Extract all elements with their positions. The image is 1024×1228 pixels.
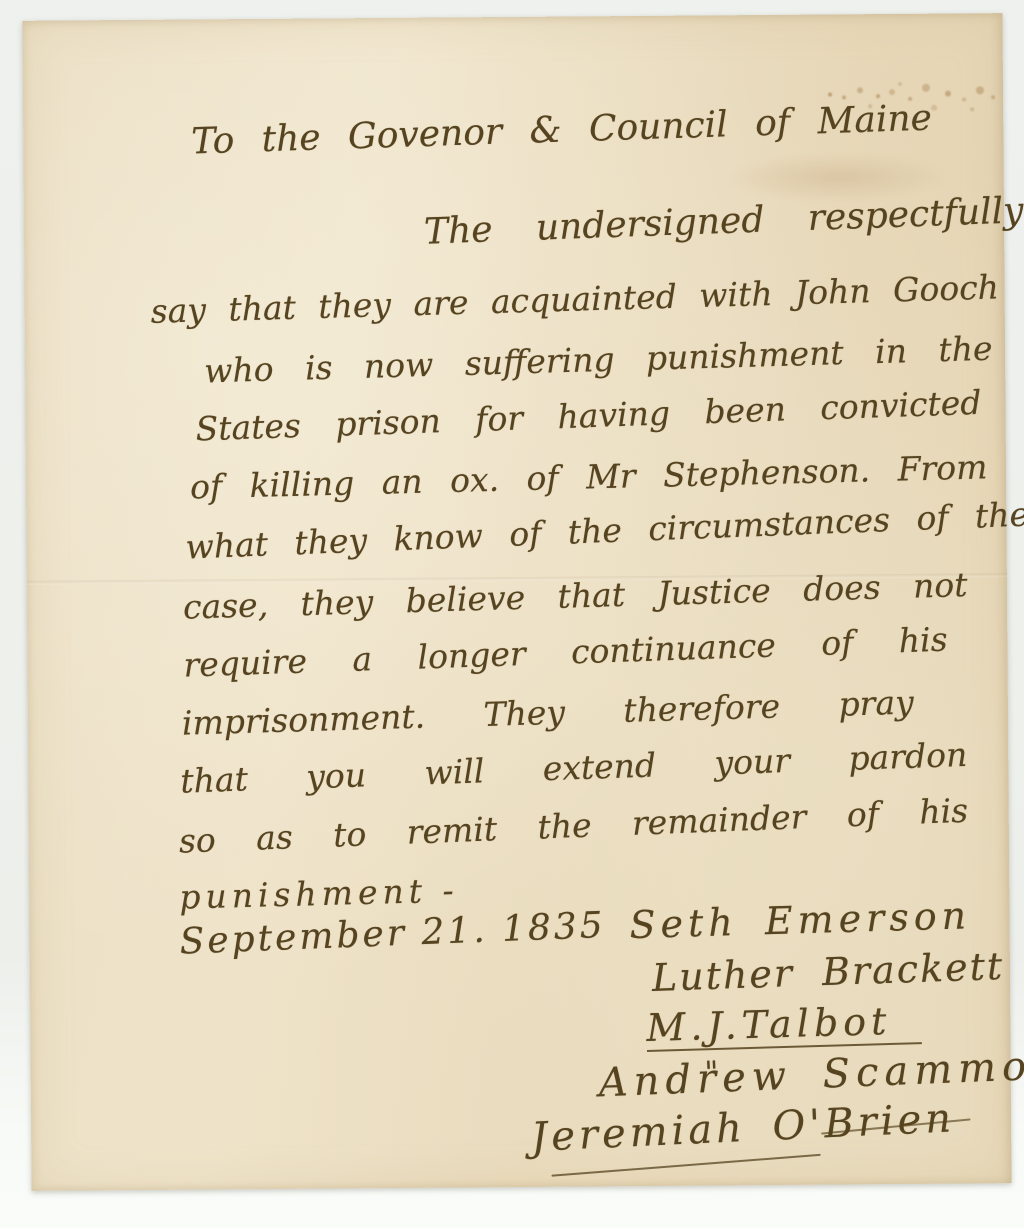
body-line-3: States prison for having been convicted xyxy=(195,383,982,449)
body-line-11: punishment - xyxy=(179,871,459,917)
document-scan-background: To the Govenor & Council of Maine The un… xyxy=(0,0,1024,1228)
body-line-2: who is now suffering punishment in the xyxy=(204,329,993,391)
signature-jeremiah-obrien: Jeremiah O'Brien xyxy=(530,1095,956,1161)
letter-paper: To the Govenor & Council of Maine The un… xyxy=(22,13,1011,1191)
body-line-9: that you will extend your pardon xyxy=(180,735,968,801)
signature-seth-emerson: Seth Emerson xyxy=(629,893,972,947)
body-line-10: so as to remit the remainder of his xyxy=(178,791,969,861)
body-line-6: case, they believe that Justice does not xyxy=(182,565,968,627)
body-line-1: say that they are acquainted with John G… xyxy=(150,267,999,330)
body-line-5: what they know of the circumstances of t… xyxy=(185,494,1024,566)
signature-mj-talbot: M.J.Talbot xyxy=(646,998,922,1052)
signature-andrew-scammon: Andrew Scammon xyxy=(598,1042,1024,1106)
foxing-stain xyxy=(828,93,832,97)
body-line-8: imprisonment. They therefore pray xyxy=(181,683,914,743)
body-line-4: of killing an ox. of Mr Stephenson. From xyxy=(190,447,988,506)
body-line-7: require a longer continuance of his xyxy=(183,620,948,685)
signature-luther-brackett: Luther Brackett xyxy=(651,944,1005,1000)
